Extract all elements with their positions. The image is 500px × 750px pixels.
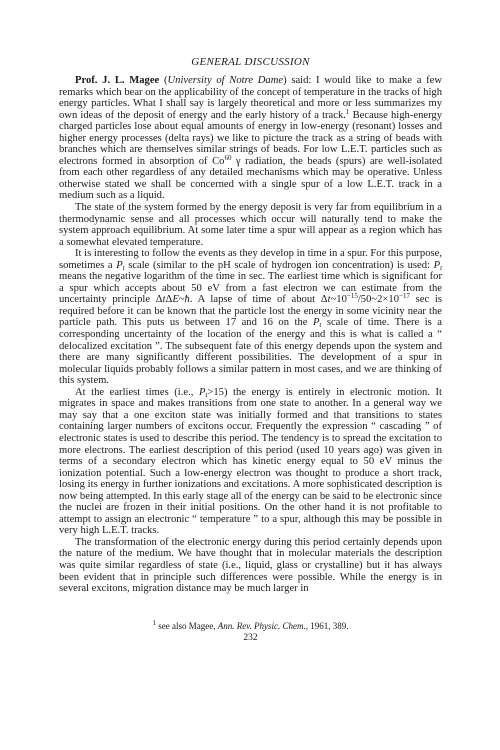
paragraph-4: At the earliest times (i.e., Pt>15) the … <box>59 387 442 537</box>
exponent: −15 <box>347 292 358 300</box>
text-run: scale (similar to the pH scale of hydrog… <box>125 260 434 271</box>
text-run: , 1961, 389. <box>306 621 349 631</box>
paragraph-5: The transformation of the electronic ene… <box>59 537 442 595</box>
speaker-affiliation: University of Notre Dame <box>168 75 284 86</box>
page-number: 232 <box>59 633 442 643</box>
footnote: 1 see also Magee, Ann. Rev. Physic. Chem… <box>59 621 442 631</box>
page-body: GENERAL DISCUSSION Prof. J. L. Magee (Un… <box>59 55 442 595</box>
text-run: . A lapse of time of about Δ <box>190 294 328 305</box>
exponent: −17 <box>399 292 410 300</box>
text-run: ~10 <box>331 294 347 305</box>
paragraph-2: The state of the system formed by the en… <box>59 202 442 248</box>
text-run: /50~2×10 <box>358 294 399 305</box>
text-run: see also Magee, <box>156 621 218 631</box>
text-run: >15) the energy is entirely in electroni… <box>59 387 442 537</box>
journal-title: Ann. Rev. Physic. Chem. <box>218 621 306 631</box>
paragraph-1: Prof. J. L. Magee (University of Notre D… <box>59 75 442 202</box>
paragraph-3: It is interesting to follow the events a… <box>59 248 442 387</box>
text-run: At the earliest times (i.e., <box>75 387 199 398</box>
speaker-name: Prof. J. L. Magee <box>75 75 159 86</box>
speaker-said: said: <box>291 75 311 86</box>
section-title: GENERAL DISCUSSION <box>59 55 442 69</box>
